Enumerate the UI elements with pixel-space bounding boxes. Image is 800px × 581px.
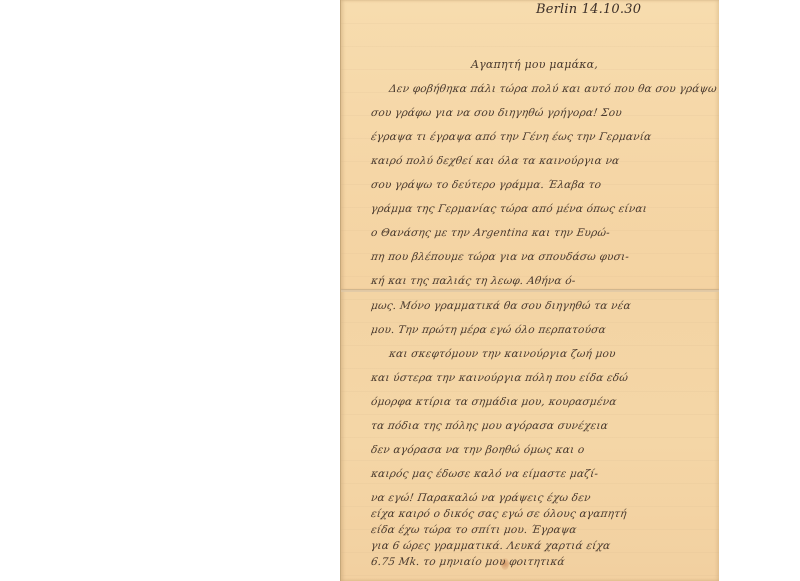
letter-date: Berlin 14.10.30 xyxy=(536,2,641,17)
letter-line: σου γράφω για να σου διηγηθώ γρήγορα! Σο… xyxy=(370,107,623,119)
letter-line: κή και της παλιάς τη λεωφ. Αθήνα ό- xyxy=(370,275,576,287)
letter-line: γράμμα της Γερμανίας τώρα από μένα όπως … xyxy=(370,203,648,215)
letter-line: καιρό πολύ δεχθεί και όλα τα καινούργια … xyxy=(370,155,620,167)
letter-line: μως. Μόνο γραμματικά θα σου διηγηθώ τα ν… xyxy=(370,300,631,312)
letter-line: και ύστερα την καινούργια πόλη που είδα … xyxy=(370,372,629,384)
letter-line: είδα έχω τώρα το σπίτι μου. Έγραψα xyxy=(370,524,577,536)
letter-line: για 6 ώρες γραμματικά. Λευκά χαρτιά είχα xyxy=(370,540,611,552)
letter-line: πη που βλέπουμε τώρα για να σπουδάσω φυσ… xyxy=(370,251,630,263)
paper-fold-line xyxy=(341,289,719,292)
scan-viewport: Berlin 14.10.30 Αγαπητή μου μαμάκα, Δεν … xyxy=(0,0,800,581)
letter-line: όμορφα κτίρια τα σημάδια μου, κουρασμένα xyxy=(370,396,617,408)
letter-line: Δεν φοβήθηκα πάλι τώρα πολύ και αυτό που… xyxy=(388,83,717,95)
letter-line: τα πόδια της πόλης μου αγόρασα συνέχεια xyxy=(370,420,609,432)
letter-line: να εγώ! Παρακαλώ να γράψεις έχω δεν xyxy=(370,492,591,504)
letter-line: μου. Την πρώτη μέρα εγώ όλο περπατούσα xyxy=(370,324,607,336)
letter-line: έγραψα τι έγραψα από την Γένη έως την Γε… xyxy=(370,131,652,143)
letter-line: ο Θανάσης με την Argentina και την Ευρώ- xyxy=(370,227,611,239)
letter-line: 6.75 Mk. το μηνιαίο μου φοιτητικά xyxy=(370,556,565,568)
letter-page: Berlin 14.10.30 Αγαπητή μου μαμάκα, Δεν … xyxy=(340,0,719,581)
letter-salutation: Αγαπητή μου μαμάκα, xyxy=(471,58,598,71)
letter-line: καιρός μας έδωσε καλό να είμαστε μαζί- xyxy=(370,468,599,480)
letter-line: σου γράψω το δεύτερο γράμμα. Έλαβα το xyxy=(370,179,602,191)
letter-line: και σκεφτόμουν την καινούργια ζωή μου xyxy=(388,348,616,360)
letter-line: δεν αγόρασα να την βοηθώ όμως και ο xyxy=(370,444,585,456)
letter-line: είχα καιρό ο δικός σας εγώ σε όλους αγαπ… xyxy=(370,508,627,520)
